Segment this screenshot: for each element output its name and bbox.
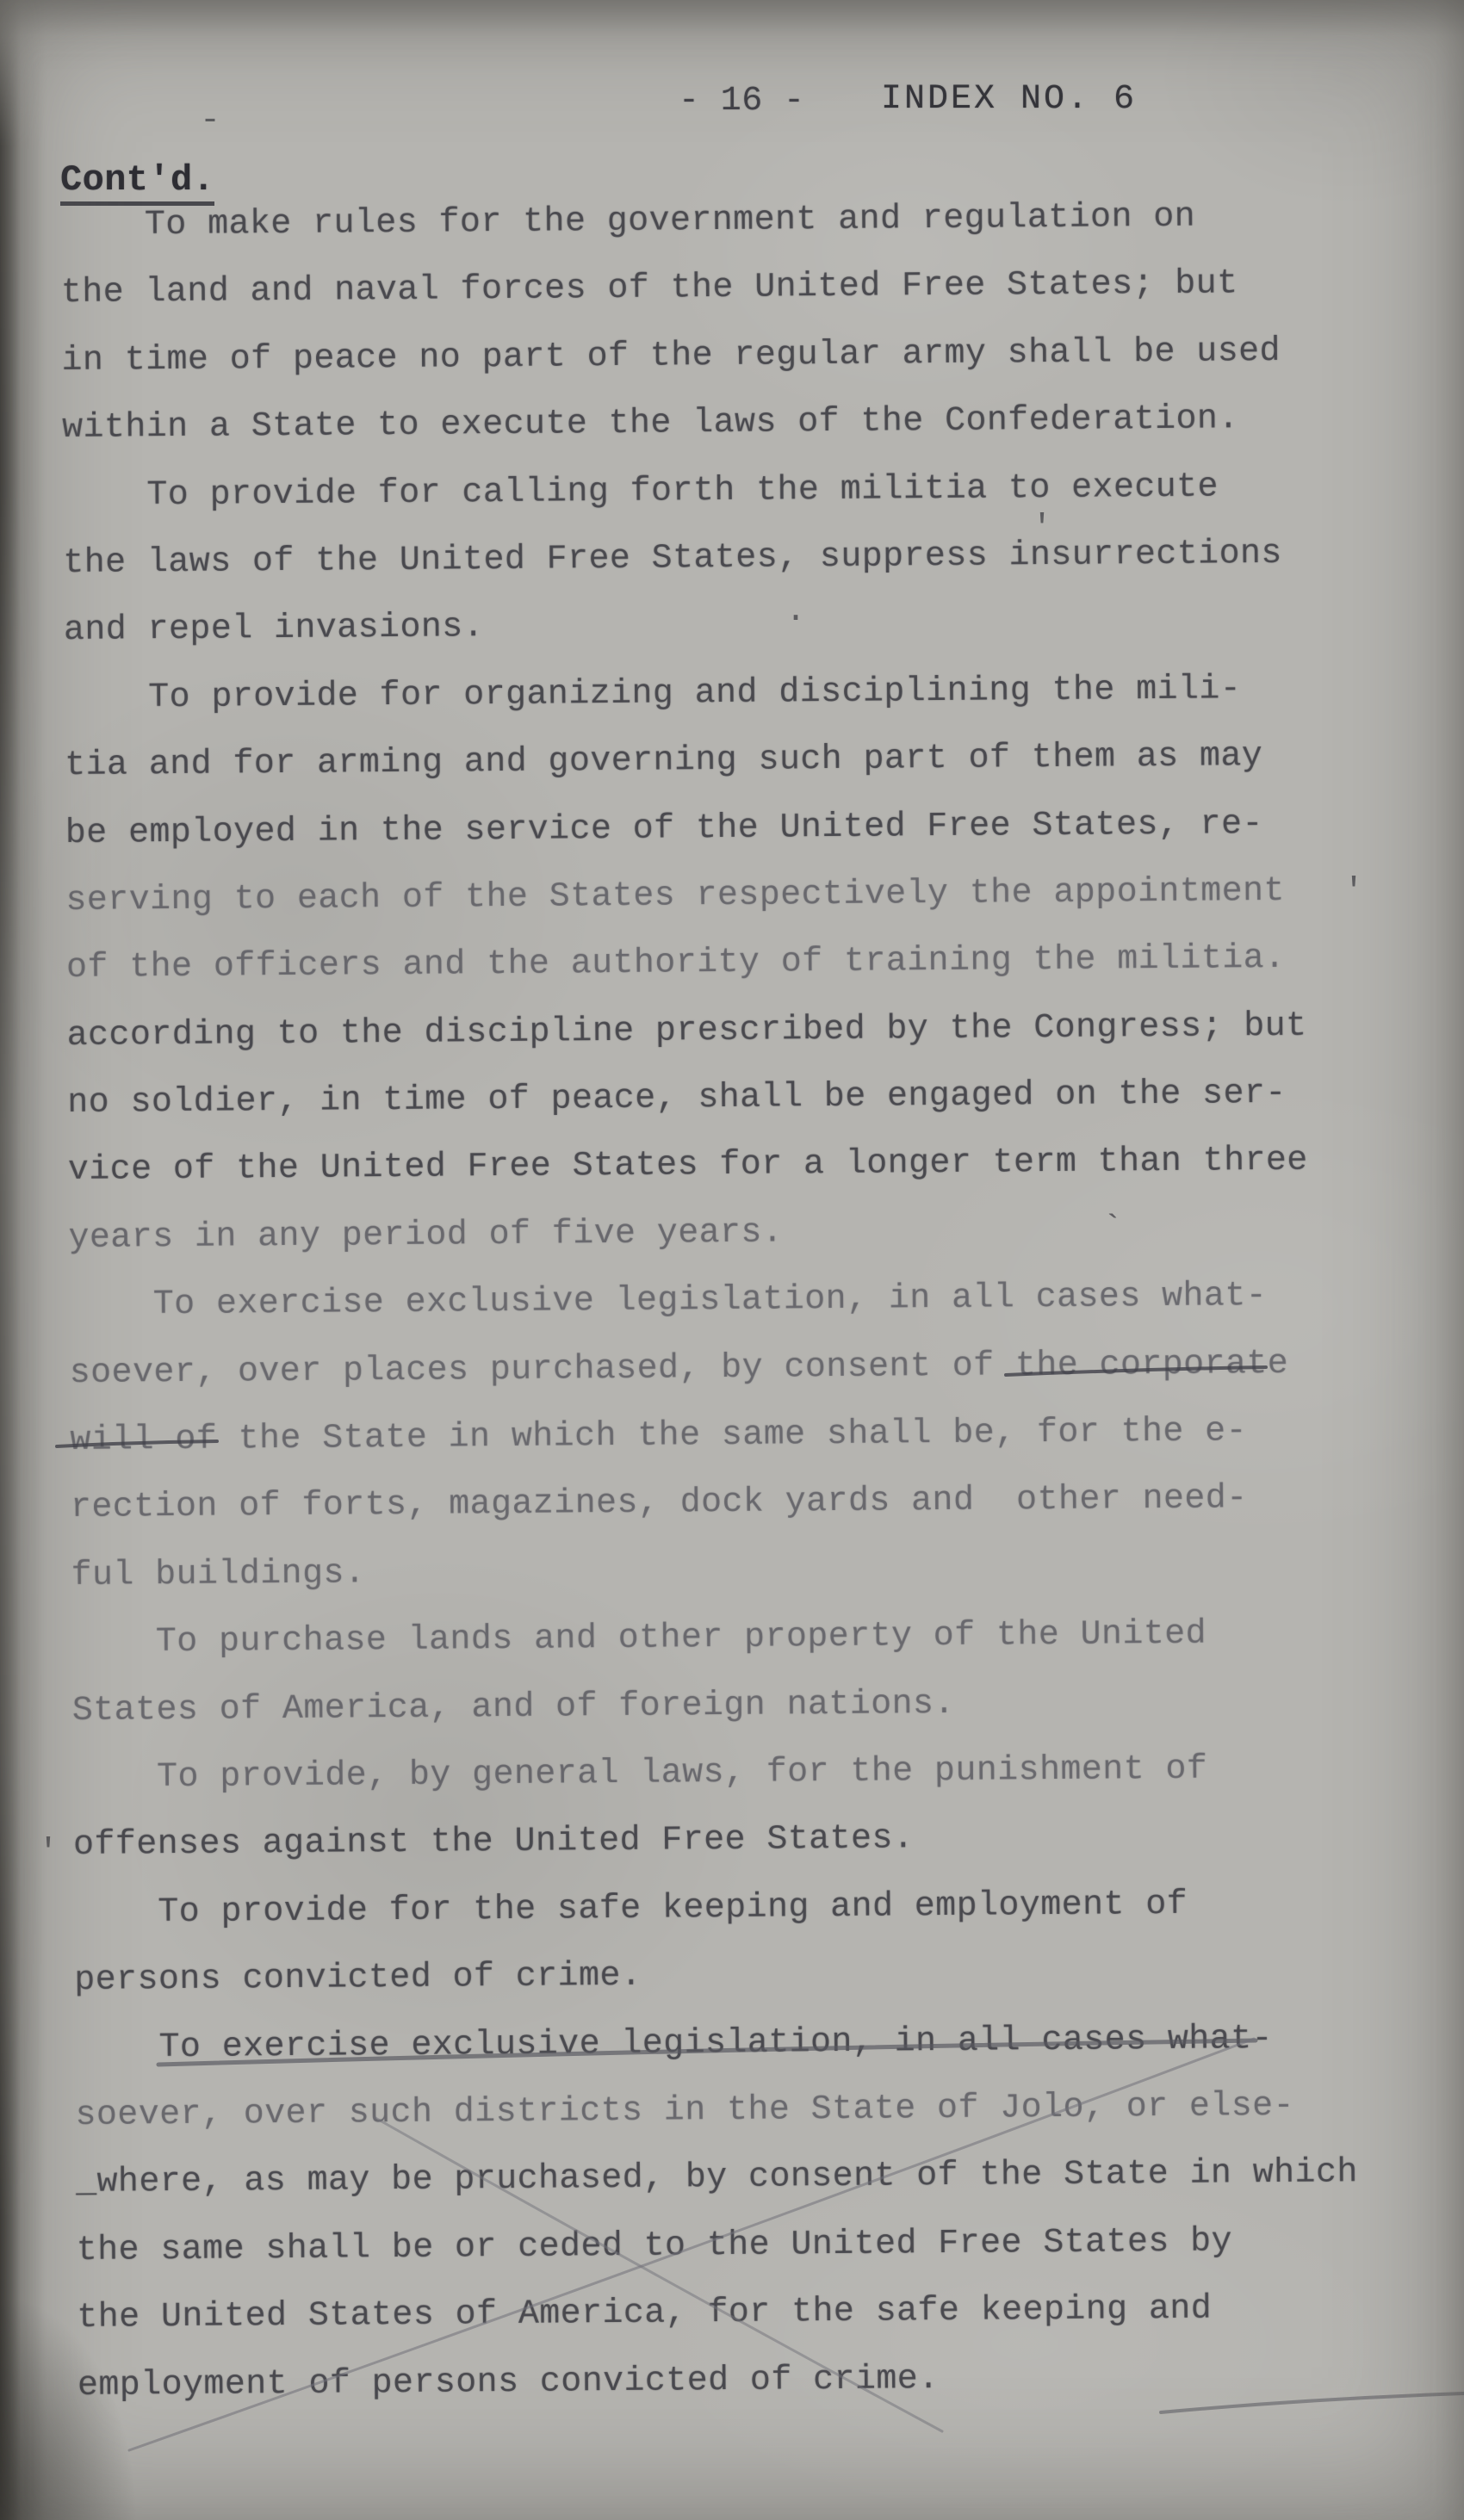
body-line: rection of forts, magazines, dock yards …	[71, 1464, 1415, 1543]
body-line: _where, as may be pruchased, by consent …	[76, 2139, 1420, 2218]
stray-mark: '	[38, 1834, 59, 1873]
body-line: be employed in the service of the United…	[65, 789, 1410, 868]
scan-left-edge-shadow	[0, 0, 45, 2520]
body-line: and repel invasions.	[64, 587, 1408, 666]
body-line: according to the discipline prescribed b…	[66, 992, 1411, 1070]
body-line: persons convicted of crime.	[74, 1937, 1418, 2015]
body-line: To provide for the safe keeping and empl…	[73, 1869, 1417, 1947]
body-line: serving to each of the States respective…	[65, 858, 1410, 936]
body-line: tia and for arming and governing such pa…	[65, 722, 1409, 801]
body-line: no soldier, in time of peace, shall be e…	[67, 1060, 1411, 1138]
body-line: States of America, and of foreign nation…	[72, 1667, 1417, 1745]
body-line: of the officers and the authority of tra…	[66, 925, 1411, 1003]
body-line: To exercise exclusive legislation, in al…	[69, 1262, 1413, 1340]
body-line: the United States of America, for the sa…	[77, 2275, 1421, 2353]
body-line: To provide for organizing and disciplini…	[64, 654, 1408, 733]
body-line: soever, over such districts in the State…	[75, 2072, 1419, 2151]
body-line: vice of the United Free States for a lon…	[68, 1127, 1412, 1205]
body-line: the same shall be or ceded to the United…	[76, 2207, 1420, 2285]
stray-mark: -	[200, 102, 220, 140]
body-line: years in any period of five years.	[68, 1195, 1412, 1273]
index-number-label: INDEX NO. 6	[881, 83, 1137, 117]
body-line: offenses against the United Free States.	[73, 1802, 1417, 1880]
body-line: To make rules for the government and reg…	[60, 183, 1405, 261]
body-line: ful buildings.	[71, 1532, 1415, 1611]
body-line: the land and naval forces of the United …	[61, 250, 1405, 328]
body-text: To make rules for the government and reg…	[60, 183, 1421, 2420]
body-line: in time of peace no part of the regular …	[61, 318, 1405, 396]
body-line: To exercise exclusive legislation, in al…	[75, 2004, 1419, 2083]
body-line: To provide for calling forth the militia…	[62, 452, 1406, 530]
body-line: To provide, by general laws, for the pun…	[72, 1735, 1417, 1813]
body-line: will of the State in which the same shal…	[70, 1397, 1414, 1476]
page-number: - 16 -	[679, 84, 804, 119]
body-line: employment of persons convicted of crime…	[78, 2342, 1422, 2420]
body-line: soever, over places purchased, by consen…	[69, 1329, 1413, 1408]
document-page: - 16 - INDEX NO. 6 Cont'd. To make rules…	[0, 0, 1464, 2520]
body-line: To purchase lands and other property of …	[71, 1600, 1416, 1678]
body-line: within a State to execute the laws of th…	[62, 385, 1406, 463]
body-line: the laws of the United Free States, supp…	[63, 520, 1407, 598]
